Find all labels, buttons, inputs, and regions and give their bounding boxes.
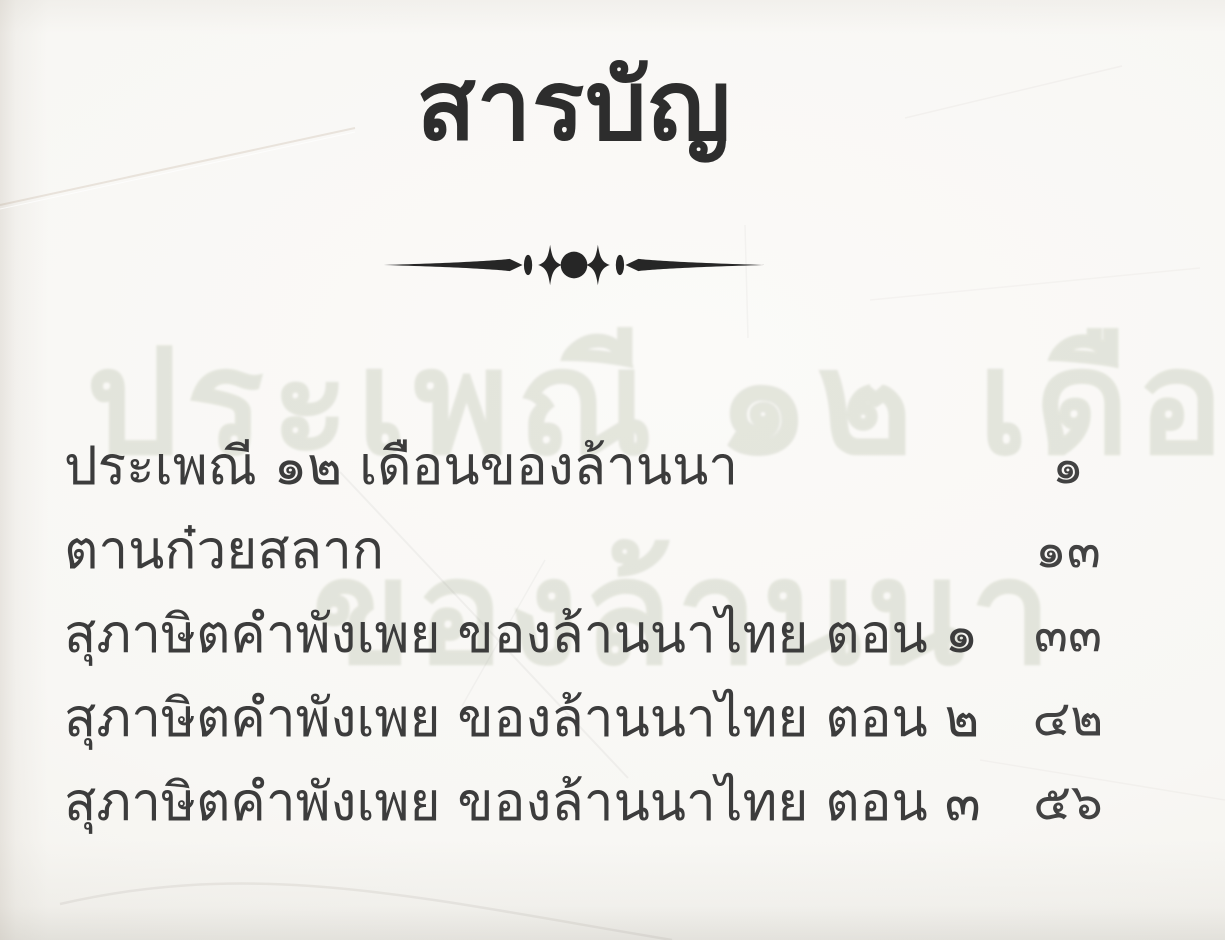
ornamental-rule-icon [381, 236, 767, 294]
toc-entry-title: สุภาษิตคำพังเพย ของล้านนาไทย ตอน ๒ [64, 692, 980, 745]
ornamental-divider [381, 236, 767, 294]
toc-entry-page-number: ๓๓ [1012, 609, 1124, 659]
toc-entry-page-number: ๑๓ [1012, 525, 1124, 575]
toc-entry: สุภาษิตคำพังเพย ของล้านนาไทย ตอน ๑ ๓๓ [64, 592, 1124, 676]
toc-entry: สุภาษิตคำพังเพย ของล้านนาไทย ตอน ๒ ๔๒ [64, 676, 1124, 760]
toc-entry-title: ประเพณี ๑๒ เดือนของล้านนา [64, 440, 738, 493]
toc-entry-page-number: ๕๖ [1012, 777, 1124, 827]
toc-entry-title: ตานก๋วยสลาก [64, 524, 384, 577]
toc-entry-page-number: ๔๒ [1012, 693, 1124, 743]
toc-entry: ประเพณี ๑๒ เดือนของล้านนา ๑ [64, 424, 1124, 508]
page-title: สารบัญ [417, 48, 732, 164]
toc-entry: สุภาษิตคำพังเพย ของล้านนาไทย ตอน ๓ ๕๖ [64, 760, 1124, 844]
toc-entry-title: สุภาษิตคำพังเพย ของล้านนาไทย ตอน ๓ [64, 776, 981, 829]
toc-entry-page-number: ๑ [1012, 441, 1124, 491]
toc-entry-title: สุภาษิตคำพังเพย ของล้านนาไทย ตอน ๑ [64, 608, 978, 661]
toc-entry: ตานก๋วยสลาก ๑๓ [64, 508, 1124, 592]
scanned-book-page: ประเพณี ๑๒ เดือน ของล้านนา สารบัญ [0, 0, 1225, 940]
table-of-contents: ประเพณี ๑๒ เดือนของล้านนา ๑ ตานก๋วยสลาก … [64, 424, 1124, 844]
